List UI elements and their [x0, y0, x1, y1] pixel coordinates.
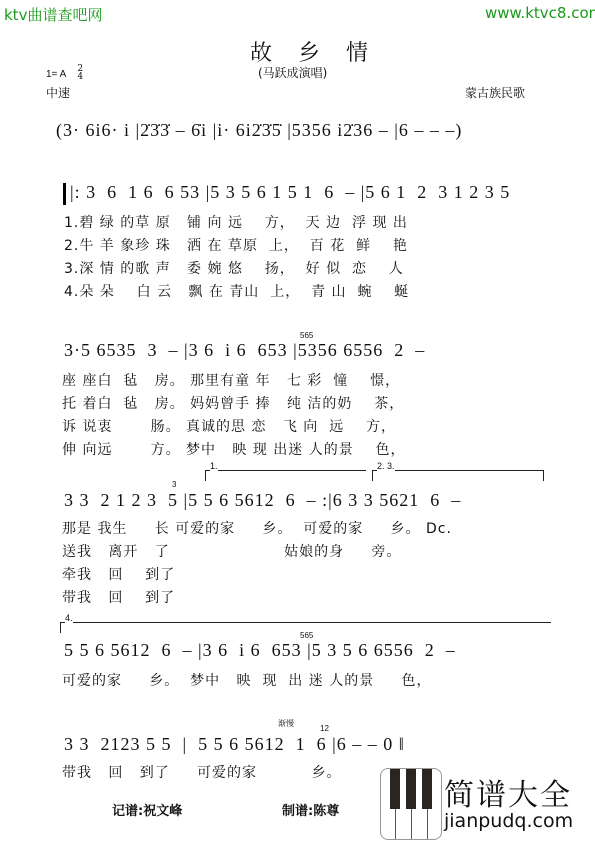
volta-2-3-label: 2. 3.: [377, 461, 395, 471]
ritardando-mark: 渐慢: [278, 718, 294, 729]
lyric-line-2-v3: 诉 说衷 肠。 真诚的思 恋 飞 向 远 方，: [62, 416, 396, 436]
lyric-line-1-v2: 2.牛 羊 象珍 珠 洒 在 草原 上， 百 花 鲜 艳: [64, 235, 408, 255]
transcriber-credit: 记谱:祝文峰: [112, 800, 182, 819]
lyric-line-1-v4: 4.朵 朵 白 云 飘 在 青山 上， 青 山 蜿 蜒: [64, 281, 409, 301]
repeat-start-bar: [63, 183, 66, 205]
time-sig-bottom: 4: [77, 72, 83, 82]
piano-logo-icon: [380, 768, 442, 840]
lyric-line-2-v4: 伸 向远 方。 梦中 映 现 出迷 人的景 色，: [62, 439, 406, 459]
logo-url-text: jianpudq.com: [444, 810, 573, 832]
piano-black-key: [406, 769, 416, 809]
producer-credit: 制谱:陈尊: [282, 800, 339, 819]
key-signature: 1= A 2 4: [46, 62, 83, 81]
lyric-coda: 带我 回 到了 可爱的家 乡。: [62, 762, 341, 782]
logo-chinese-text: 简谱大全: [444, 770, 572, 814]
notation-intro: (3· 6i6· i |2̇3̇3̇ – 6̇i |i· 6i2̇3̇5̇ |5…: [56, 120, 462, 141]
lyric-line-2-v1: 座 座白 毡 房。 那里有童 年 七 彩 憧 憬，: [62, 370, 400, 390]
notation-line-2: 3·5 6535 3 – |3 6 i 6 653 |5356 6556 2 –: [64, 340, 425, 361]
volta-1-label: 1.: [210, 461, 218, 471]
piano-black-key: [422, 769, 432, 809]
grace-note-3: 3: [172, 480, 176, 489]
lyric-line-1-v1: 1.碧 绿 的草 原 铺 向 远 方， 天 边 浮 现 出: [64, 212, 408, 232]
site-watermark-right: www.ktvc8.com: [485, 4, 595, 22]
performer-subtitle: (马跃成演唱): [258, 64, 327, 81]
lyric-line-2-v2: 托 着白 毡 房。 妈妈曾手 捧 纯 洁的奶 茶，: [62, 393, 404, 413]
key-label: 1= A: [46, 69, 66, 80]
lyric-line-3-v3: 牵我 回 到了: [62, 564, 175, 584]
notation-line-4: 5 5 6 5612 6 – |3 6 i 6 653 |5 3 5 6 655…: [64, 640, 456, 661]
lyric-line-4: 可爱的家 乡。 梦中 映 现 出 迷 人的景 色，: [62, 670, 431, 690]
notation-line-3: 3 3 2 1 2 3 5 |5 5 6 5612 6 – :|6 3 3 56…: [64, 490, 461, 511]
grace-note-12: 12: [320, 724, 329, 733]
lyric-line-3-v1: 那是 我生 长 可爱的家 乡。 可爱的家 乡。 Dc.: [62, 518, 452, 538]
piano-black-key: [390, 769, 400, 809]
lyric-line-1-v3: 3.深 情 的歌 声 委 婉 悠 扬， 好 似 恋 人: [64, 258, 404, 278]
volta-1-bracket: 1.: [205, 470, 366, 481]
notation-line-1: |: 3 6 1 6 6 53 |5 3 5 6 1 5 1 6 – |5 6 …: [70, 182, 510, 203]
grace-note-565: 565: [300, 331, 313, 340]
lyric-line-3-v4: 带我 回 到了: [62, 587, 175, 607]
time-signature: 2 4: [77, 65, 83, 81]
site-watermark-left: ktv曲谱查吧网: [4, 4, 102, 25]
piano-key-divider: [411, 809, 412, 839]
lyric-line-3-v2: 送我 离开 了 姑娘的身 旁。: [62, 541, 401, 561]
volta-2-3-bracket: 2. 3.: [372, 470, 544, 481]
volta-4-label: 4.: [65, 613, 73, 623]
grace-note-565-b: 565: [300, 631, 313, 640]
tempo-marking: 中速: [46, 84, 70, 101]
piano-key-divider: [395, 809, 396, 839]
song-title: 故乡情: [250, 36, 394, 67]
notation-coda: 3 3 2123 5 5 | 5 5 6 5612 1 6 |6 – – 0 ‖: [64, 734, 405, 755]
piano-key-divider: [427, 809, 428, 839]
song-origin: 蒙古族民歌: [465, 84, 525, 101]
